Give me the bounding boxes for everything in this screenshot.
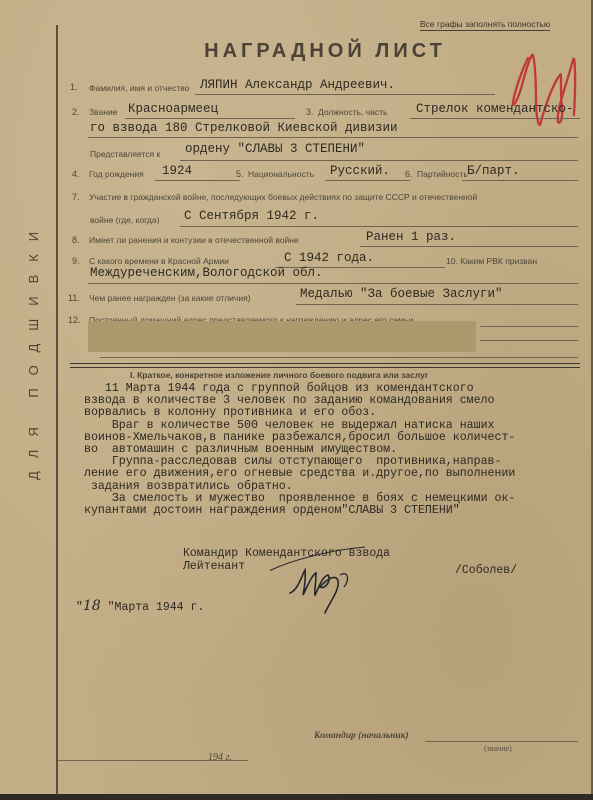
handwritten-signature-icon xyxy=(270,545,380,615)
birth-year-value: 1924 xyxy=(162,164,192,178)
redacted-address-block xyxy=(88,321,476,352)
document-date: "18 "Марта 1944 г. xyxy=(76,598,204,614)
underline xyxy=(180,226,578,227)
page-bottom-edge xyxy=(0,794,593,800)
underline xyxy=(480,340,578,341)
field-previous-awards: 11. Чем ранее награжден (за какие отличи… xyxy=(0,287,593,307)
narrative-line: ление его движения,его огневые средства … xyxy=(84,468,584,480)
field-number: 2. xyxy=(72,107,80,117)
party-value: Б/парт. xyxy=(467,164,520,178)
underline xyxy=(195,94,495,95)
narrative-line: задания возвратились обратно. xyxy=(84,481,584,493)
underline xyxy=(155,180,240,181)
field-rank-position: 2. Звание Красноармеец 3. Должность, час… xyxy=(0,102,593,122)
underline xyxy=(88,283,578,284)
service-since-value: С 1942 года. xyxy=(284,251,374,265)
field-label: Партийность xyxy=(417,169,468,179)
field-number: 11. xyxy=(68,293,80,303)
field-number: 12. xyxy=(68,315,81,325)
fill-all-fields-note: Все графы заполнять полностью xyxy=(420,19,550,31)
field-label-text: Каким РВК призван xyxy=(460,256,537,266)
field-label: Национальность xyxy=(248,169,314,179)
field-label: Фамилия, имя и отчество xyxy=(89,83,189,93)
previous-awards-value: Медалью "За боевые Заслуги" xyxy=(300,287,503,301)
underline xyxy=(462,180,578,181)
underline xyxy=(425,741,578,742)
underline xyxy=(100,357,578,358)
field-label: Участие в гражданской войне, последующих… xyxy=(89,192,477,202)
field-label: войне (где, когда) xyxy=(90,215,159,225)
field-war-participation: 7. Участие в гражданской войне, последую… xyxy=(0,188,593,208)
underline xyxy=(180,160,578,161)
underline xyxy=(480,326,578,327)
field-label: Год рождения xyxy=(89,169,144,179)
date-day-handwritten: 18 xyxy=(83,598,101,614)
field-number: 9. xyxy=(72,256,80,266)
rank-value: Красноармеец xyxy=(128,102,218,116)
section-heading: I. Краткое, конкретное изложение личного… xyxy=(130,370,428,380)
position-value-continued: го взвода 180 Стрелковой Киевской дивизи… xyxy=(90,121,398,135)
field-label: С какого времени в Красной Армии xyxy=(89,256,229,266)
conscription-office-value: Междуреченским,Вологодской обл. xyxy=(90,266,323,280)
commander-label: Командир (начальник) xyxy=(314,731,409,741)
field-label: Чем ранее награжден (за какие отличия) xyxy=(89,293,251,303)
year-stub: 194 г. xyxy=(208,752,232,763)
date-quote: " xyxy=(76,601,83,614)
field-label: Имеет ли ранения и контузии в отечествен… xyxy=(89,235,299,245)
fullname-value: ЛЯПИН Александр Андреевич. xyxy=(200,78,395,92)
field-label: 10. Каким РВК призван xyxy=(446,256,537,266)
field-number: 1. xyxy=(70,82,78,92)
underline xyxy=(88,137,578,138)
page-title: НАГРАДНОЙ ЛИСТ xyxy=(200,40,450,63)
wounds-value: Ранен 1 раз. xyxy=(366,230,456,244)
field-presented-to: Представляется к ордену "СЛАВЫ 3 СТЕПЕНИ… xyxy=(0,142,593,162)
field-war-participation-cont: войне (где, когда) С Сентября 1942 г. xyxy=(0,208,593,228)
underline xyxy=(410,118,580,119)
order-value: ордену "СЛАВЫ 3 СТЕПЕНИ" xyxy=(185,142,365,156)
war-participation-value: С Сентября 1942 г. xyxy=(184,209,319,223)
field-number: 4. xyxy=(72,169,80,179)
signatory-name: /Соболев/ xyxy=(455,564,517,577)
field-fullname: 1. Фамилия, имя и отчество ЛЯПИН Алексан… xyxy=(0,78,593,98)
underline xyxy=(325,180,410,181)
position-value: Стрелок комендантско- xyxy=(416,102,574,116)
underline xyxy=(125,118,295,119)
field-number: 3. xyxy=(306,107,314,117)
field-label: Представляется к xyxy=(90,149,160,159)
field-number: 7. xyxy=(72,192,80,202)
underline xyxy=(296,304,578,305)
field-position-cont: го взвода 180 Стрелковой Киевской дивизи… xyxy=(0,121,593,141)
field-number: 6. xyxy=(405,169,413,179)
rank-caption: (звание) xyxy=(484,744,512,753)
field-number: 10. xyxy=(446,256,458,266)
field-label: Звание xyxy=(89,107,117,117)
field-conscription-office: Междуреченским,Вологодской обл. xyxy=(0,266,593,286)
underline xyxy=(360,246,578,247)
field-number: 5. xyxy=(236,169,244,179)
date-month-year: "Марта 1944 г. xyxy=(101,601,205,614)
field-wounds: 8. Имеет ли ранения и контузии в отечест… xyxy=(0,230,593,250)
field-number: 8. xyxy=(72,235,80,245)
nationality-value: Русский. xyxy=(330,164,390,178)
feat-narrative: 11 Марта 1944 года с группой бойцов из к… xyxy=(84,383,584,517)
section-divider xyxy=(70,363,580,368)
narrative-line: Враг в количестве 500 человек не выдержа… xyxy=(84,420,584,432)
field-label: Должность, часть xyxy=(318,107,387,117)
field-birth-nationality-party: 4. Год рождения 1924 5. Национальность Р… xyxy=(0,164,593,184)
narrative-line: ворвались в колонну противника и его обо… xyxy=(84,407,584,419)
narrative-line: купантами достоин награждения орденом"СЛ… xyxy=(84,505,584,517)
